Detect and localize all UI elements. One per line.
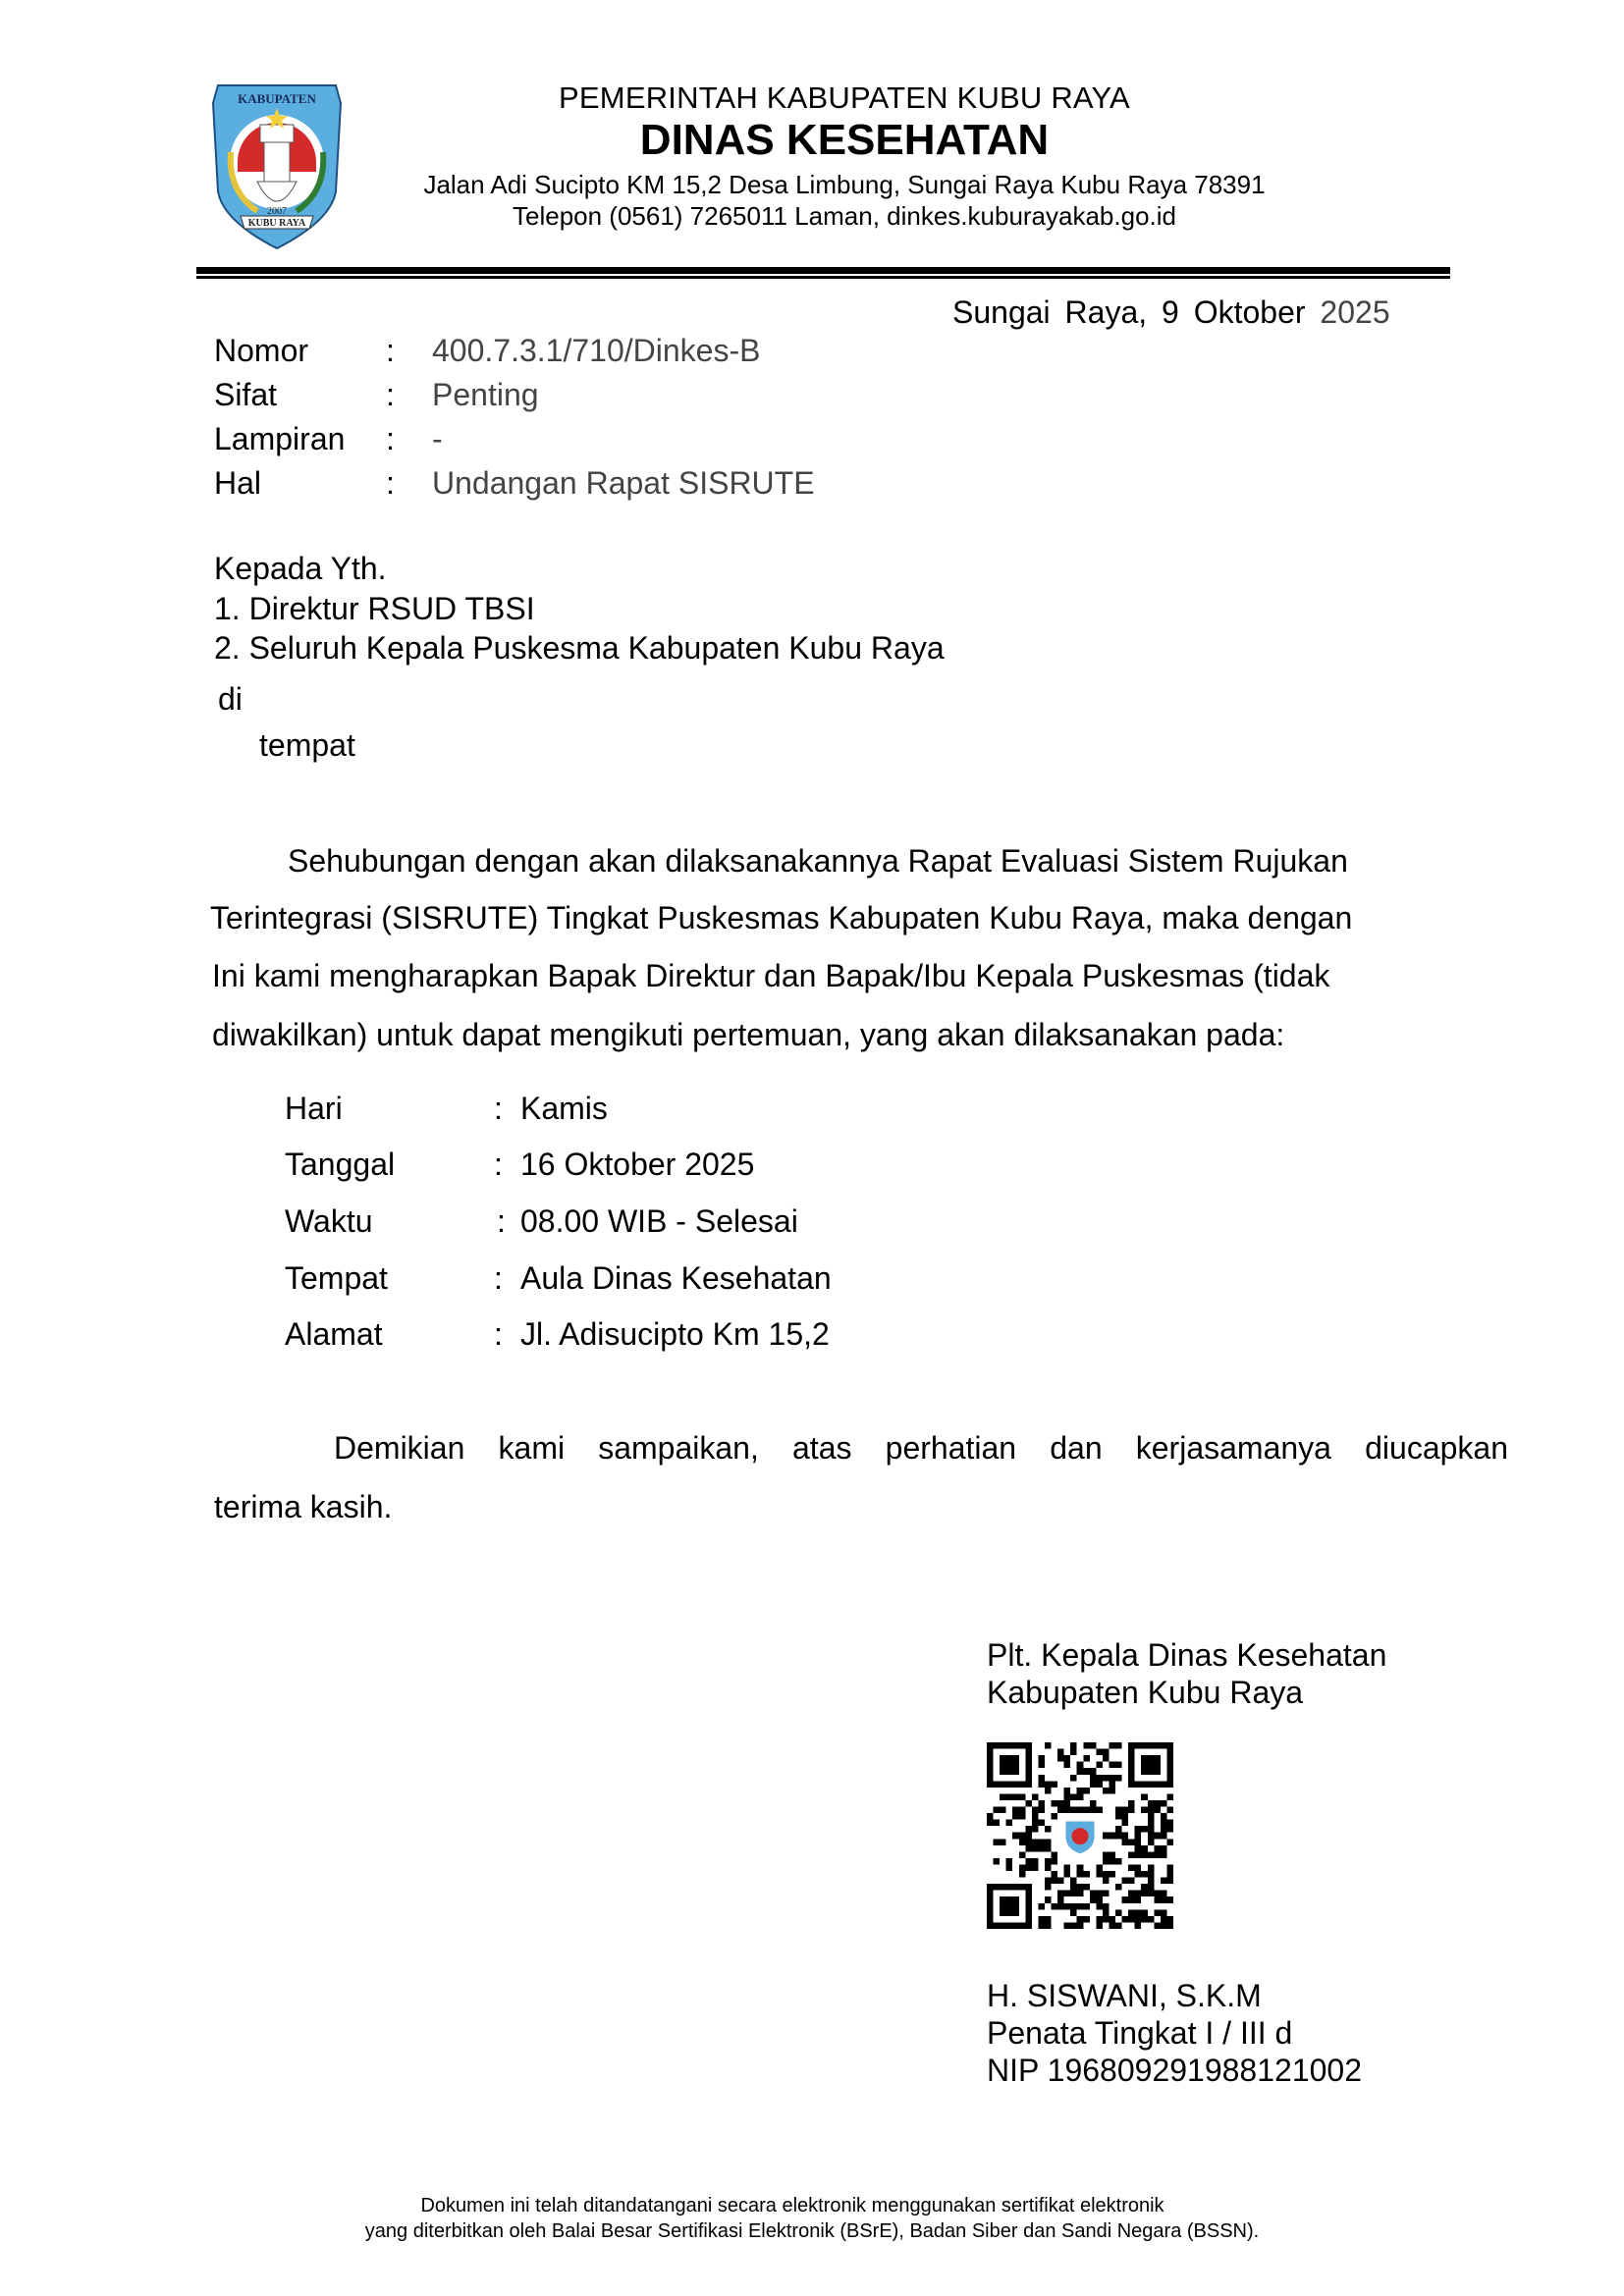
meta-colon: : <box>386 333 395 369</box>
signatory-nip: NIP 196809291988121002 <box>987 2053 1362 2089</box>
schedule-colon: : <box>494 1147 503 1183</box>
signatory-name: H. SISWANI, S.K.M <box>987 1978 1262 2014</box>
meta-label-hal: Hal <box>214 465 261 502</box>
signatory-rank: Penata Tingkat I / III d <box>987 2015 1292 2052</box>
qr-code-signature-icon <box>987 1742 1173 1929</box>
schedule-colon: : <box>494 1260 503 1297</box>
addressee-tempat: tempat <box>259 727 355 764</box>
body-line: diwakilkan) untuk dapat mengikuti pertem… <box>212 1017 1284 1053</box>
svg-text:KABUPATEN: KABUPATEN <box>238 91 316 106</box>
kubu-raya-coat-of-arms-icon: KABUPATEN 2007 KUBU RAYA <box>203 74 351 250</box>
date-place: Sungai Raya, 9 Oktober <box>952 294 1306 330</box>
letter-date: Sungai Raya, 9 Oktober 2025 <box>952 294 1390 331</box>
meta-label-sifat: Sifat <box>214 377 277 413</box>
footer-line: yang diterbitkan oleh Balai Besar Sertif… <box>0 2220 1624 2243</box>
date-year: 2025 <box>1320 294 1389 330</box>
svg-text:2007: 2007 <box>267 206 287 217</box>
schedule-value-alamat: Jl. Adisucipto Km 15,2 <box>520 1316 830 1353</box>
letterhead-government: PEMERINTAH KABUPATEN KUBU RAYA <box>353 80 1335 116</box>
meta-label-nomor: Nomor <box>214 333 308 369</box>
schedule-colon: : <box>497 1203 506 1240</box>
closing-line: terima kasih. <box>214 1489 392 1525</box>
meta-label-lampiran: Lampiran <box>214 421 345 457</box>
schedule-label-tempat: Tempat <box>285 1260 388 1297</box>
closing-line: Demikian kami sampaikan, atas perhatian … <box>334 1430 1508 1467</box>
letterhead-divider-thin <box>196 276 1450 279</box>
meta-colon: : <box>386 421 395 457</box>
footer-line: Dokumen ini telah ditandatangani secara … <box>0 2195 1604 2217</box>
meta-value-nomor: 400.7.3.1/710/Dinkes-B <box>432 333 760 369</box>
meta-value-lampiran: - <box>432 421 443 457</box>
schedule-colon: : <box>494 1091 503 1127</box>
schedule-label-tanggal: Tanggal <box>285 1147 395 1183</box>
schedule-value-tanggal: 16 Oktober 2025 <box>520 1147 754 1183</box>
meta-value-hal: Undangan Rapat SISRUTE <box>432 465 815 502</box>
signatory-title: Plt. Kepala Dinas Kesehatan <box>987 1637 1386 1674</box>
signatory-region: Kabupaten Kubu Raya <box>987 1675 1303 1711</box>
letterhead-divider-thick <box>196 267 1450 274</box>
addressee-recipient: 2. Seluruh Kepala Puskesma Kabupaten Kub… <box>214 630 945 667</box>
schedule-label-waktu: Waktu <box>285 1203 373 1240</box>
meta-colon: : <box>386 377 395 413</box>
body-line: Terintegrasi (SISRUTE) Tingkat Puskesmas… <box>210 900 1352 936</box>
schedule-value-tempat: Aula Dinas Kesehatan <box>520 1260 832 1297</box>
schedule-value-waktu: 08.00 WIB - Selesai <box>520 1203 798 1240</box>
body-line: Sehubungan dengan akan dilaksanakannya R… <box>288 843 1348 880</box>
schedule-value-hari: Kamis <box>520 1091 608 1127</box>
meta-value-sifat: Penting <box>432 377 539 413</box>
addressee-greeting: Kepada Yth. <box>214 551 387 587</box>
svg-text:KUBU RAYA: KUBU RAYA <box>248 218 306 229</box>
letterhead-contact: Telepon (0561) 7265011 Laman, dinkes.kub… <box>353 201 1335 232</box>
schedule-label-alamat: Alamat <box>285 1316 383 1353</box>
letterhead-agency: DINAS KESEHATAN <box>353 116 1335 165</box>
body-line: Ini kami mengharapkan Bapak Direktur dan… <box>212 958 1329 994</box>
letterhead-address: Jalan Adi Sucipto KM 15,2 Desa Limbung, … <box>353 170 1335 200</box>
schedule-label-hari: Hari <box>285 1091 343 1127</box>
addressee-recipient: 1. Direktur RSUD TBSI <box>214 591 535 627</box>
schedule-colon: : <box>494 1316 503 1353</box>
addressee-di: di <box>218 681 243 718</box>
meta-colon: : <box>386 465 395 502</box>
